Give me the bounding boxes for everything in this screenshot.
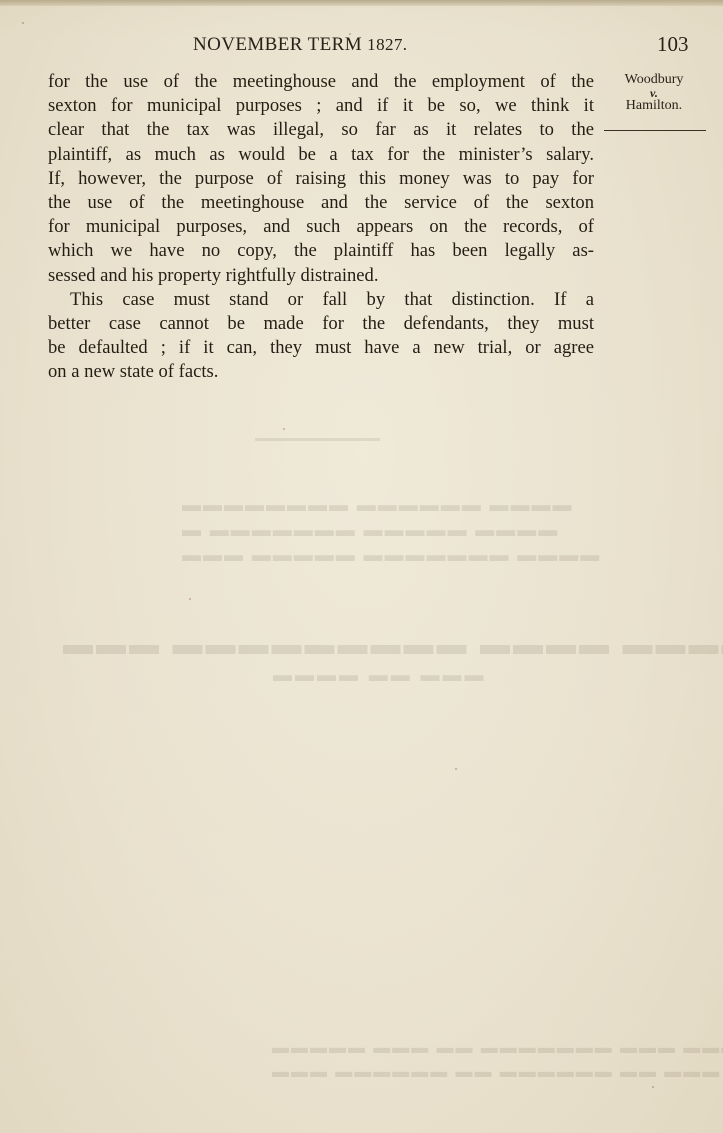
book-page: ▬▬▬▬ ▬▬▬▬▬▬ ▬▬▬▬▬▬▬▬ ▬▬▬▬ ▬▬▬▬▬ ▬▬▬▬▬▬▬ … [0,0,723,1133]
text-line: This case must stand or fall by that dis… [48,288,594,312]
body-text: for the use of the meetinghouse and the … [48,70,594,384]
text-line: be defaulted ; if it can, they must have… [48,336,594,360]
paper-speck [189,598,191,600]
text-line: which we have no copy, the plaintiff has… [48,239,594,263]
text-line: If, however, the purpose of raising this… [48,167,594,191]
paper-speck [22,22,24,24]
text-line: clear that the tax was illegal, so far a… [48,118,594,142]
paper-speck [283,428,285,430]
sidenote-party-defendant: Hamilton. [598,98,710,114]
paper-speck [455,768,457,770]
case-sidenote: Woodbury v. Hamilton. [598,72,710,114]
show-through-text: ▬▬▬ ▬▬ ▬▬▬▬ [270,665,484,687]
page-number: 103 [657,32,689,57]
show-through-text: ▬▬▬▬▬▬ ▬▬▬▬ ▬▬▬▬▬▬▬▬▬ ▬▬▬ [60,628,723,662]
page-top-edge [0,0,723,6]
show-through-text: ▬▬▬▬▬▬ ▬▬ ▬ ▬▬▬ ▬▬ ▬▬▬▬▬▬ ▬▬ ▬▬▬▬▬▬ ▬▬▬ [270,1062,723,1082]
sidenote-rule [604,130,706,131]
running-title: NOVEMBER TERM 1827. [193,34,407,56]
show-through-rule [255,438,380,441]
sidenote-versus: v. [598,88,710,98]
running-title-year: 1827. [367,35,407,54]
text-line: plaintiff, as much as would be a tax for… [48,143,594,167]
show-through-text: ▬▬▬▬▬ ▬▬▬▬▬▬▬▬ ▬▬▬ ▬▬▬▬▬▬▬ ▬▬ ▬▬▬ ▬▬▬▬▬ [270,1038,723,1058]
show-through-text: ▬▬▬▬ ▬▬▬▬▬ ▬▬▬▬▬▬▬ ▬ [180,520,557,542]
text-line: for municipal purposes, and such appears… [48,215,594,239]
text-line: sessed and his property rightfully distr… [48,264,594,288]
paper-speck [652,1086,654,1088]
show-through-text: ▬▬▬▬ ▬▬▬▬▬▬▬ ▬▬▬▬▬ ▬▬▬ [180,545,599,567]
text-line: for the use of the meetinghouse and the … [48,70,594,94]
text-line: the use of the meetinghouse and the serv… [48,191,594,215]
text-line: better case cannot be made for the defen… [48,312,594,336]
text-line: on a new state of facts. [48,360,594,384]
running-head: NOVEMBER TERM 1827. 103 [0,30,723,60]
show-through-text: ▬▬▬▬ ▬▬▬▬▬▬ ▬▬▬▬▬▬▬▬ [180,495,572,517]
text-line: sexton for municipal purposes ; and if i… [48,94,594,118]
running-title-term: NOVEMBER TERM [193,34,362,55]
